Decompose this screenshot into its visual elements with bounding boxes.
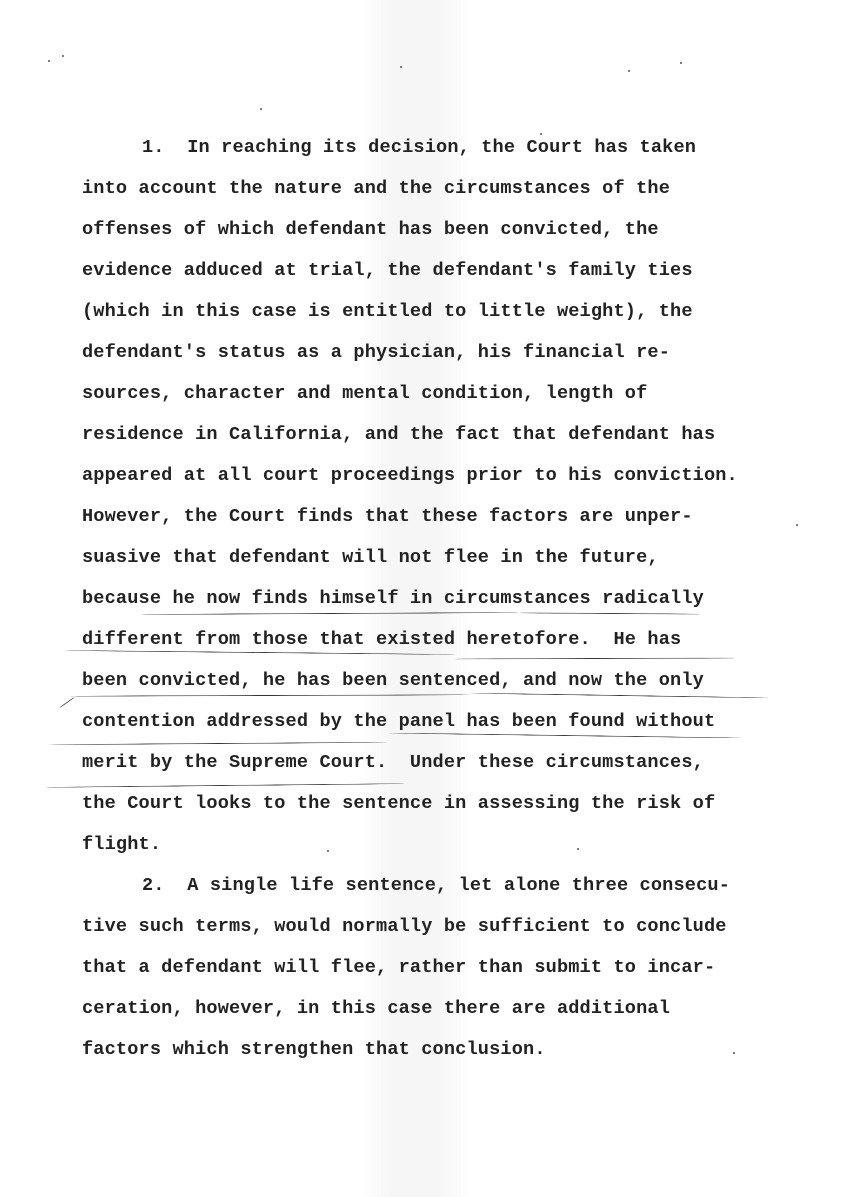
paragraph-2-line: ceration, however, in this case there ar… (82, 998, 670, 1020)
paragraph-1-line: 1. In reaching its decision, the Court h… (142, 137, 696, 159)
paragraph-2-line: factors which strengthen that conclusion… (82, 1039, 546, 1061)
paragraph-1-line: into account the nature and the circumst… (82, 178, 670, 200)
paragraph-1-line: appeared at all court proceedings prior … (82, 465, 738, 487)
paragraph-1-line: the Court looks to the sentence in asses… (82, 793, 715, 815)
scan-speck (327, 850, 329, 852)
paragraph-1-line: because he now finds himself in circumst… (82, 588, 704, 610)
paragraph-1-line: suasive that defendant will not flee in … (82, 547, 659, 569)
handwritten-stroke (59, 697, 74, 708)
paragraph-1-line: flight. (82, 834, 161, 856)
scan-speck (796, 524, 798, 526)
paragraph-1-line: been convicted, he has been sentenced, a… (82, 670, 704, 692)
paragraph-2-line: that a defendant will flee, rather than … (82, 957, 715, 979)
handwritten-underline (470, 693, 770, 699)
paragraph-1-line: evidence adduced at trial, the defendant… (82, 260, 693, 282)
paragraph-2-line: tive such terms, would normally be suffi… (82, 916, 727, 938)
scan-speck (540, 133, 542, 135)
paragraph-1-line: However, the Court finds that these fact… (82, 506, 693, 528)
paragraph-1-line: offenses of which defendant has been con… (82, 219, 659, 241)
scan-speck (628, 70, 630, 72)
scan-speck (680, 62, 682, 64)
paragraph-1-line: (which in this case is entitled to littl… (82, 301, 693, 323)
scan-speck (48, 60, 50, 62)
scan-speck (577, 848, 579, 850)
paragraph-1-line: defendant's status as a physician, his f… (82, 342, 670, 364)
paragraph-1-line: sources, character and mental condition,… (82, 383, 647, 405)
scan-speck (733, 1052, 735, 1054)
scan-speck (260, 108, 262, 110)
handwritten-underline (455, 658, 735, 660)
paragraph-1-line: different from those that existed hereto… (82, 629, 681, 651)
paragraph-2-line: 2. A single life sentence, let alone thr… (142, 875, 730, 897)
handwritten-underline (48, 742, 388, 745)
paragraph-1-line: residence in California, and the fact th… (82, 424, 715, 446)
handwritten-underline (45, 783, 405, 788)
paragraph-1-line: contention addressed by the panel has be… (82, 711, 715, 733)
paragraph-1-line: merit by the Supreme Court. Under these … (82, 752, 704, 774)
scan-speck (400, 66, 402, 68)
scan-speck (62, 55, 64, 57)
handwritten-underline (520, 612, 700, 614)
